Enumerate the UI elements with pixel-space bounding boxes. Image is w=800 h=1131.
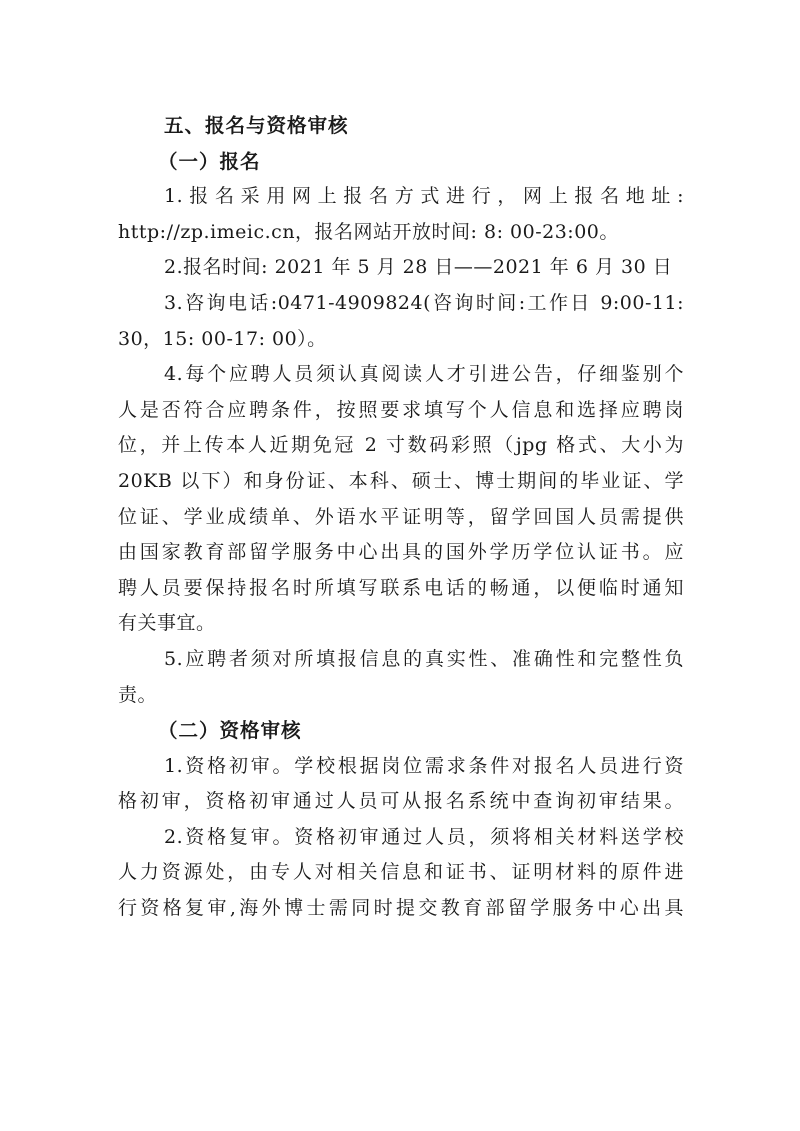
paragraph-line: 2.资格复审。资格初审通过人员，须将相关材料送学校 — [118, 820, 684, 856]
subsection-heading-qualification-review: （二）资格审核 — [118, 713, 684, 749]
paragraph-line: 人是否符合应聘条件，按照要求填写个人信息和选择应聘岗 — [118, 393, 684, 429]
paragraph-line: 格初审，资格初审通过人员可从报名系统中查询初审结果。 — [118, 784, 684, 820]
paragraph-line: 2.报名时间: 2021 年 5 月 28 日——2021 年 6 月 30 日 — [118, 250, 684, 286]
paragraph-line: 人力资源处，由专人对相关信息和证书、证明材料的原件进 — [118, 855, 684, 891]
paragraph-line: http://zp.imeic.cn，报名网站开放时间: 8: 00-23:00… — [118, 215, 684, 251]
subsection-heading-registration: （一）报名 — [118, 144, 684, 180]
paragraph-line: 1.报名采用网上报名方式进行，网上报名地址: — [118, 179, 684, 215]
paragraph-line: 1.资格初审。学校根据岗位需求条件对报名人员进行资 — [118, 749, 684, 785]
paragraph-line: 由国家教育部留学服务中心出具的国外学历学位认证书。应 — [118, 535, 684, 571]
section-title: 五、报名与资格审核 — [118, 108, 684, 144]
paragraph-line: 20KB 以下）和身份证、本科、硕士、博士期间的毕业证、学 — [118, 464, 684, 500]
paragraph-line: 位，并上传本人近期免冠 2 寸数码彩照（jpg 格式、大小为 — [118, 428, 684, 464]
paragraph-line: 责。 — [118, 678, 684, 714]
paragraph-line: 位证、学业成绩单、外语水平证明等，留学回国人员需提供 — [118, 500, 684, 536]
paragraph-line: 30，15: 00-17: 00）。 — [118, 322, 684, 358]
paragraph-line: 聘人员要保持报名时所填写联系电话的畅通，以便临时通知 — [118, 571, 684, 607]
paragraph-line: 4.每个应聘人员须认真阅读人才引进公告，仔细鉴别个 — [118, 357, 684, 393]
paragraph-line: 5.应聘者须对所填报信息的真实性、准确性和完整性负 — [118, 642, 684, 678]
paragraph-line: 3.咨询电话:0471-4909824(咨询时间:工作日 9:00-11: — [118, 286, 684, 322]
document-page: 五、报名与资格审核 （一）报名 1.报名采用网上报名方式进行，网上报名地址: h… — [118, 108, 684, 927]
paragraph-line: 有关事宜。 — [118, 606, 684, 642]
paragraph-line: 行资格复审,海外博士需同时提交教育部留学服务中心出具 — [118, 891, 684, 927]
